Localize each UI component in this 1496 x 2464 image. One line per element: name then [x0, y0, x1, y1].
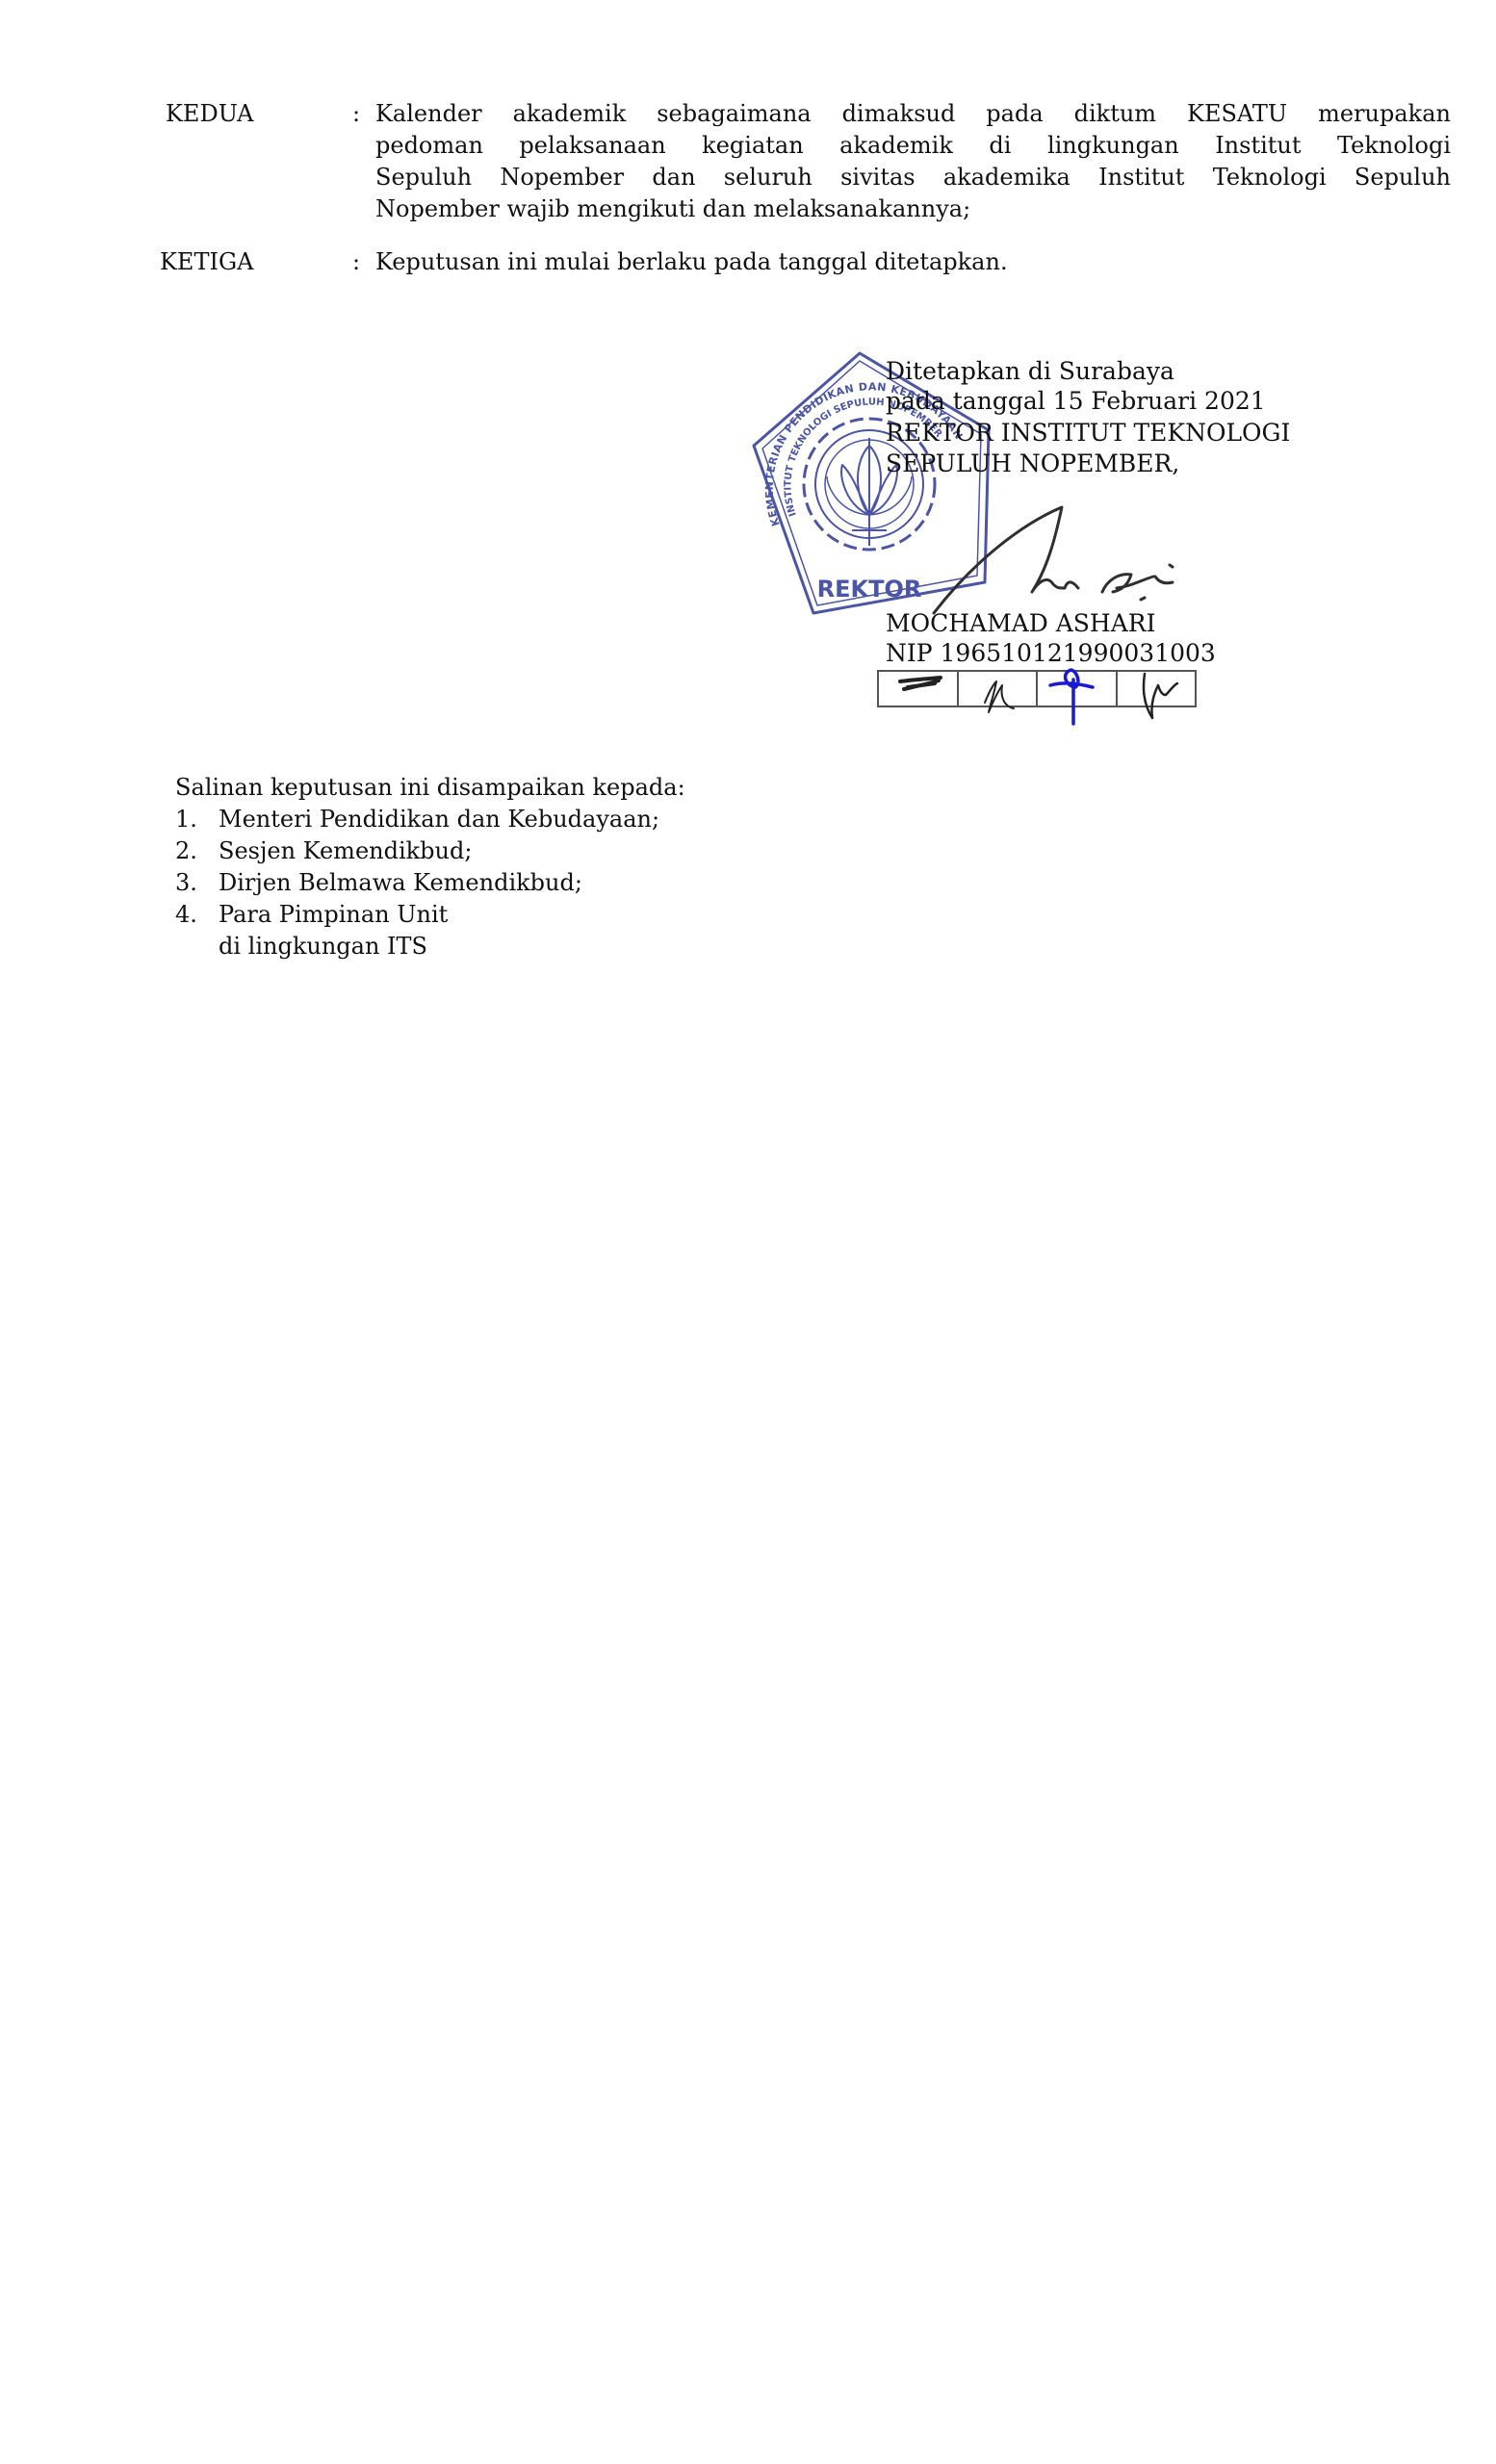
place-of-issue: Ditetapkan di Surabaya	[886, 356, 1174, 387]
list-text: Para Pimpinan Unit	[219, 899, 448, 931]
list-number: 1.	[175, 804, 197, 835]
stamp-bottom-text: REKTOR	[817, 576, 922, 603]
diktum-separator: :	[352, 98, 360, 130]
issue-date: pada tanggal 15 Februari 2021	[886, 386, 1266, 417]
diktum-label: KETIGA	[160, 246, 253, 278]
diktum-text: Keputusan ini mulai berlaku pada tanggal…	[375, 246, 1451, 278]
copy-heading: Salinan keputusan ini disampaikan kepada…	[175, 772, 685, 804]
diktum-separator: :	[352, 246, 360, 278]
text-line: Nopember wajib mengikuti dan melaksanaka…	[375, 193, 1451, 225]
list-text: di lingkungan ITS	[219, 931, 427, 962]
diktum-text: Kalender akademik sebagaimana dimaksud p…	[375, 98, 1451, 225]
text-line: Keputusan ini mulai berlaku pada tanggal…	[375, 246, 1451, 278]
text-line: pedoman pelaksanaan kegiatan akademik di…	[375, 130, 1451, 162]
list-text: Menteri Pendidikan dan Kebudayaan;	[219, 804, 659, 835]
text-line: Kalender akademik sebagaimana dimaksud p…	[375, 98, 1451, 130]
list-number: 3.	[175, 867, 197, 899]
signer-position-2: SEPULUH NOPEMBER,	[886, 449, 1179, 479]
handwritten-signature-icon	[924, 496, 1213, 621]
diktum-label: KEDUA	[166, 98, 254, 130]
signer-position: REKTOR INSTITUT TEKNOLOGI	[886, 418, 1290, 449]
paraf-marks-icon	[871, 664, 1199, 731]
list-text: Dirjen Belmawa Kemendikbud;	[219, 867, 582, 899]
list-text: Sesjen Kemendikbud;	[219, 835, 472, 867]
list-number: 4.	[175, 899, 197, 931]
text-line: Sepuluh Nopember dan seluruh sivitas aka…	[375, 162, 1451, 193]
list-number: 2.	[175, 835, 197, 867]
